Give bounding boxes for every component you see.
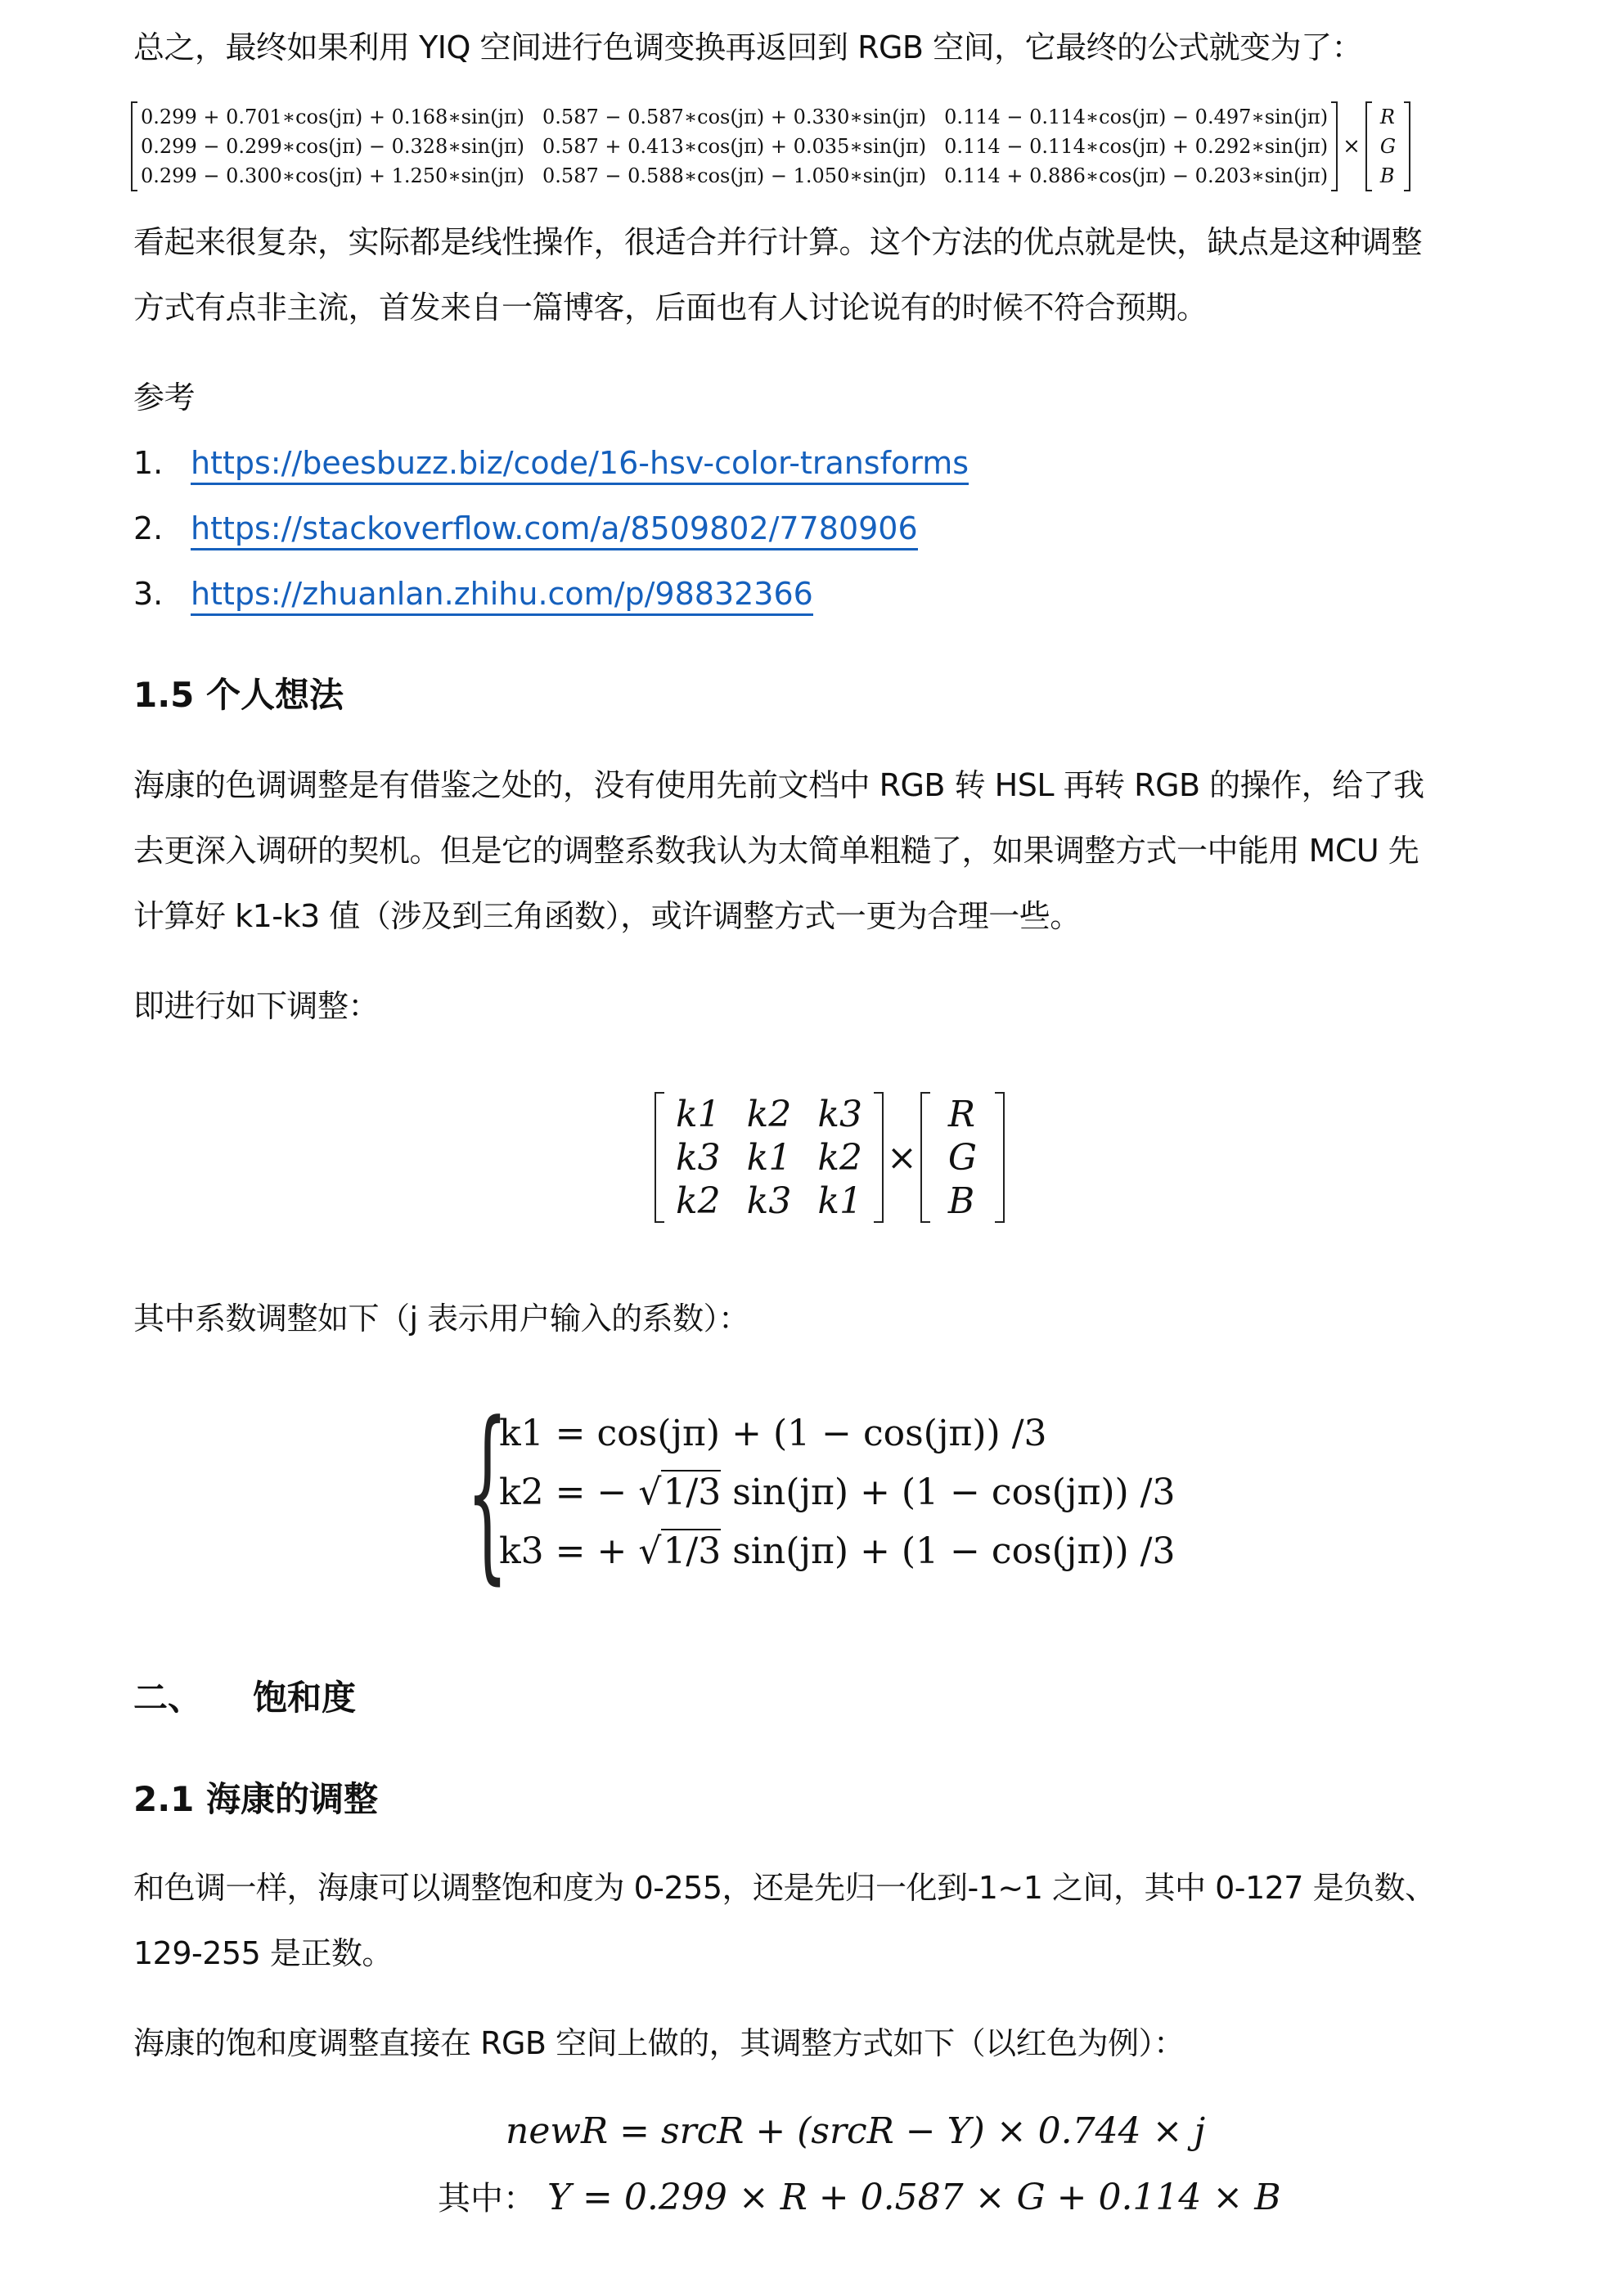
vector-cell-b: B (1380, 161, 1396, 191)
coefficient-intro: 其中系数调整如下（j 表示用户输入的系数）： (133, 1302, 749, 1335)
k-matrix-equation: k1 k2 k3 k3 k1 k2 k2 k3 k1 × R G B (655, 1092, 1005, 1223)
reference-link-1[interactable]: https://beesbuzz.biz/code/16-hsv-color-t… (191, 445, 969, 485)
k-matrix-grid: k1 k2 k3 k3 k1 k2 k2 k3 k1 (664, 1093, 874, 1223)
vector-left-bracket (1365, 101, 1372, 191)
matrix-cell: 0.299 + 0.701∗cos(jπ) + 0.168∗sin(jπ) (141, 102, 524, 132)
yiq-hue-matrix-equation: 0.299 + 0.701∗cos(jπ) + 0.168∗sin(jπ) 0.… (131, 101, 1410, 191)
sqrt-term: 1/3 (661, 1470, 721, 1513)
reference-number: 1. (133, 445, 191, 481)
rgb-vector: R G B (1372, 102, 1404, 191)
k3-suffix: sin(jπ) + (1 − cos(jπ)) /3 (721, 1530, 1175, 1572)
matrix-left-bracket (655, 1092, 664, 1223)
section-heading-1-5: 1.5 个人想法 (133, 677, 344, 713)
vector-cell-r: R (1380, 102, 1396, 132)
where-label: 其中： (438, 2180, 536, 2217)
k-coefficient-system: { k1 = cos(jπ) + (1 − cos(jπ)) /3 k2 = −… (466, 1395, 1176, 1591)
section-heading-2-1: 2.1 海康的调整 (133, 1782, 378, 1817)
section-2-1-line-2: 129-255 是正数。 (133, 1937, 393, 1970)
matrix-cell: 0.114 − 0.114∗cos(jπ) − 0.497∗sin(jπ) (944, 102, 1328, 132)
yiq-matrix-grid: 0.299 + 0.701∗cos(jπ) + 0.168∗sin(jπ) 0.… (137, 102, 1331, 191)
matrix-cell: k1 (747, 1136, 792, 1179)
k1-equation: k1 = cos(jπ) + (1 − cos(jπ)) /3 (499, 1404, 1176, 1463)
multiply-sign: × (1338, 134, 1365, 159)
vector-right-bracket (995, 1092, 1005, 1223)
matrix-cell: k1 (676, 1093, 721, 1136)
vector-cell-r: R (948, 1093, 977, 1136)
Y-formula: 其中： Y = 0.299 × R + 0.587 × G + 0.114 × … (438, 2172, 1281, 2219)
reference-number: 2. (133, 510, 191, 546)
matrix-cell: k2 (676, 1179, 721, 1223)
reference-item-2: 2.https://stackoverflow.com/a/8509802/77… (133, 510, 918, 546)
section-1-5-line-1: 海康的色调调整是有借鉴之处的，没有使用先前文档中 RGB 转 HSL 再转 RG… (133, 769, 1424, 802)
multiply-sign: × (884, 1137, 920, 1179)
reference-item-3: 3.https://zhuanlan.zhihu.com/p/98832366 (133, 576, 813, 612)
section-1-5-line-2: 去更深入调研的契机。但是它的调整系数我认为太简单粗糙了，如果调整方式一中能用 M… (133, 834, 1419, 867)
vector-cell-g: G (948, 1136, 977, 1179)
left-curly-brace: { (466, 1399, 478, 1587)
k3-equation: k3 = + √1/3 sin(jπ) + (1 − cos(jπ)) /3 (499, 1522, 1176, 1581)
vector-cell-g: G (1380, 132, 1396, 161)
references-title: 参考 (133, 381, 195, 414)
vector-right-bracket (1404, 101, 1410, 191)
section-2-1-line-1: 和色调一样，海康可以调整饱和度为 0-255，还是先归一化到-1~1 之间，其中… (133, 1871, 1436, 1904)
matrix-cell: k3 (676, 1136, 721, 1179)
Y-equation: Y = 0.299 × R + 0.587 × G + 0.114 × B (547, 2177, 1281, 2218)
vector-left-bracket (920, 1092, 930, 1223)
matrix-cell: k3 (747, 1179, 792, 1223)
reference-number: 3. (133, 576, 191, 612)
sqrt-term: 1/3 (661, 1529, 721, 1572)
matrix-cell: k3 (817, 1093, 862, 1136)
section-2-number: 二、 (133, 1678, 202, 1718)
k2-prefix: k2 = − (499, 1472, 638, 1513)
matrix-cell: k2 (747, 1093, 792, 1136)
matrix-cell: 0.299 − 0.300∗cos(jπ) + 1.250∗sin(jπ) (141, 161, 524, 191)
reference-item-1: 1.https://beesbuzz.biz/code/16-hsv-color… (133, 445, 969, 481)
vector-cell-b: B (948, 1179, 977, 1223)
intro-paragraph: 总之，最终如果利用 YIQ 空间进行色调变换再返回到 RGB 空间，它最终的公式… (133, 31, 1362, 64)
matrix-cell: k1 (817, 1179, 862, 1223)
matrix-cell: 0.587 − 0.587∗cos(jπ) + 0.330∗sin(jπ) (542, 102, 926, 132)
matrix-cell: 0.587 + 0.413∗cos(jπ) + 0.035∗sin(jπ) (542, 132, 926, 161)
comment-line-1: 看起来很复杂，实际都是线性操作，很适合并行计算。这个方法的优点就是快，缺点是这种… (133, 226, 1422, 258)
matrix-right-bracket (1331, 101, 1338, 191)
k2-equation: k2 = − √1/3 sin(jπ) + (1 − cos(jπ)) /3 (499, 1463, 1176, 1522)
section-heading-2: 二、饱和度 (133, 1680, 356, 1716)
matrix-cell: 0.299 − 0.299∗cos(jπ) − 0.328∗sin(jπ) (141, 132, 524, 161)
section-1-5-line-3: 计算好 k1-k3 值（涉及到三角函数），或许调整方式一更为合理一些。 (133, 900, 1081, 932)
saturation-method-intro: 海康的饱和度调整直接在 RGB 空间上做的，其调整方式如下（以红色为例）： (133, 2027, 1185, 2060)
matrix-right-bracket (874, 1092, 884, 1223)
section-2-title: 饱和度 (253, 1678, 356, 1718)
matrix-cell: 0.114 − 0.114∗cos(jπ) + 0.292∗sin(jπ) (944, 132, 1328, 161)
system-lines: k1 = cos(jπ) + (1 − cos(jπ)) /3 k2 = − √… (499, 1404, 1176, 1581)
rgb-vector: R G B (930, 1093, 995, 1223)
matrix-left-bracket (131, 101, 137, 191)
matrix-cell: 0.114 + 0.886∗cos(jπ) − 0.203∗sin(jπ) (944, 161, 1328, 191)
newR-formula: newR = srcR + (srcR − Y) × 0.744 × j (506, 2110, 1205, 2152)
k2-suffix: sin(jπ) + (1 − cos(jπ)) /3 (721, 1472, 1175, 1513)
reference-link-3[interactable]: https://zhuanlan.zhihu.com/p/98832366 (191, 576, 813, 616)
reference-link-2[interactable]: https://stackoverflow.com/a/8509802/7780… (191, 510, 918, 550)
comment-line-2: 方式有点非主流，首发来自一篇博客，后面也有人讨论说有的时候不符合预期。 (133, 291, 1208, 324)
adjust-intro: 即进行如下调整： (133, 990, 379, 1022)
matrix-cell: k2 (817, 1136, 862, 1179)
k3-prefix: k3 = + (499, 1530, 638, 1572)
matrix-cell: 0.587 − 0.588∗cos(jπ) − 1.050∗sin(jπ) (542, 161, 926, 191)
